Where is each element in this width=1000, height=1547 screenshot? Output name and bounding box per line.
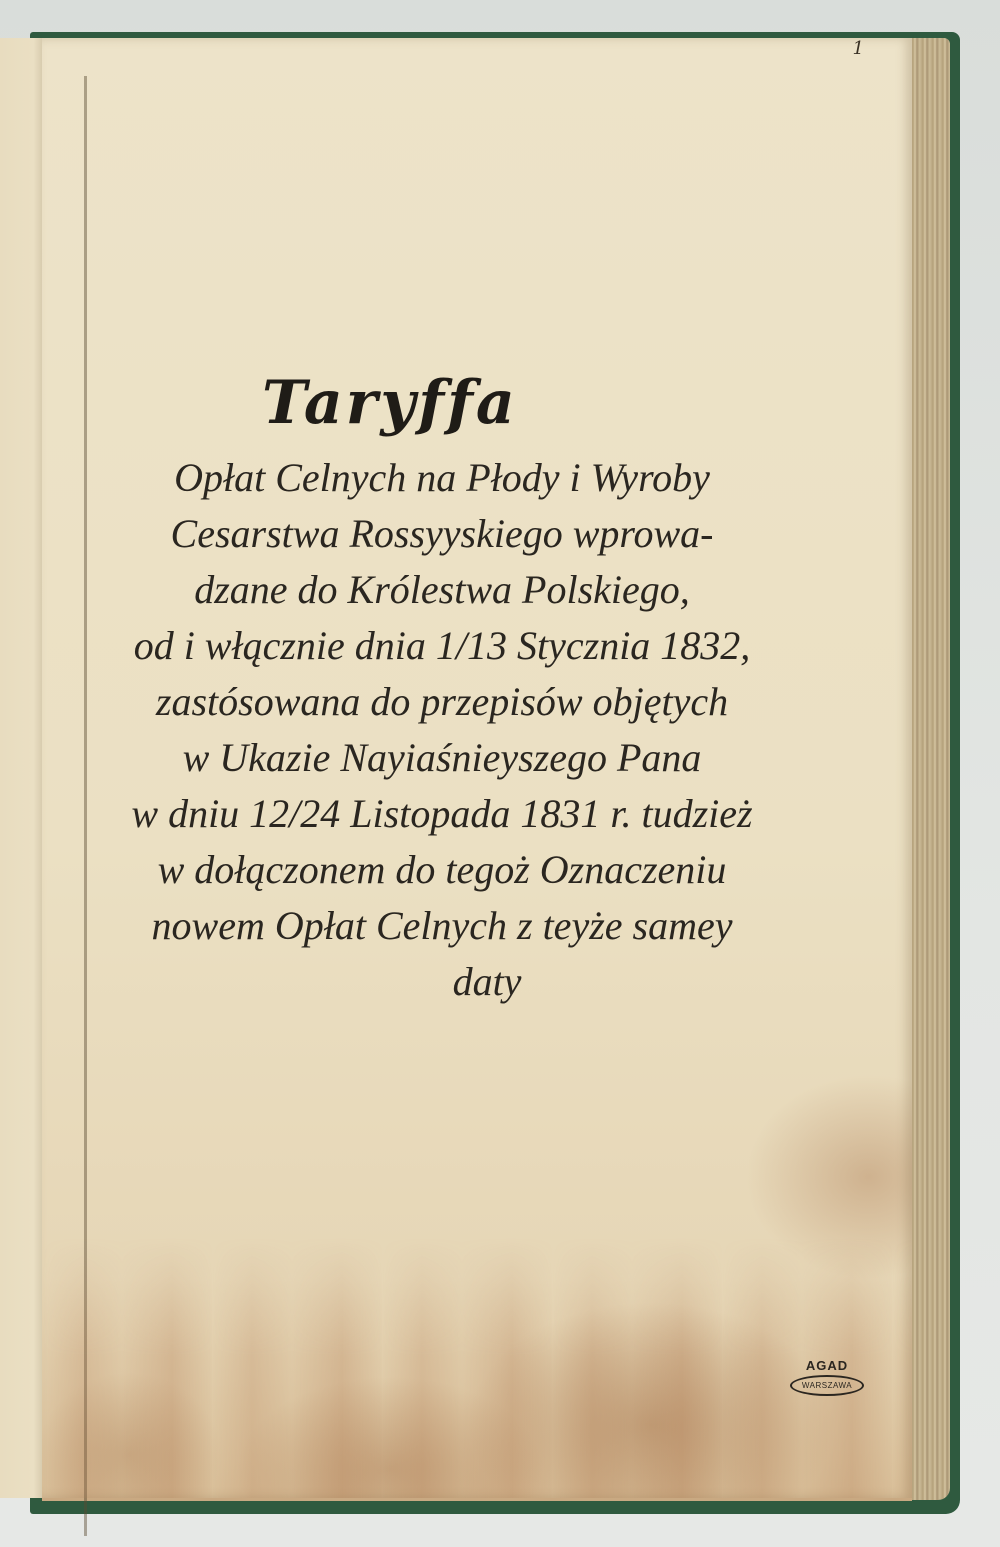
text-line: od i włącznie dnia 1/13 Stycznia 1832, <box>72 618 812 674</box>
page-number: 1 <box>853 38 864 59</box>
text-line: w dołączonem do tegoż Oznaczeniu <box>72 842 812 898</box>
text-line: dzane do Królestwa Polskiego, <box>72 562 812 618</box>
text-line: zastósowana do przepisów objętych <box>72 674 812 730</box>
archive-stamp: AGAD WARSZAWA <box>782 1358 872 1396</box>
handwritten-text-block: Taryffa Opłat Celnych na Płody i Wyroby … <box>72 368 812 1010</box>
text-line: w dniu 12/24 Listopada 1831 r. tudzież <box>72 786 812 842</box>
manuscript-page: 1 Taryffa Opłat Celnych na Płody i Wyrob… <box>42 38 912 1501</box>
text-line: daty <box>72 954 812 1010</box>
text-line: nowem Opłat Celnych z teyże samey <box>72 898 812 954</box>
text-line: Cesarstwa Rossyyskiego wprowa- <box>72 506 812 562</box>
stamp-oval-text: WARSZAWA <box>790 1375 864 1396</box>
document-title: Taryffa <box>262 368 812 438</box>
stamp-top-text: AGAD <box>782 1358 872 1373</box>
facing-page-edge <box>0 38 44 1498</box>
text-line: w Ukazie Nayiaśnieyszego Pana <box>72 730 812 786</box>
text-line: Opłat Celnych na Płody i Wyroby <box>72 450 812 506</box>
